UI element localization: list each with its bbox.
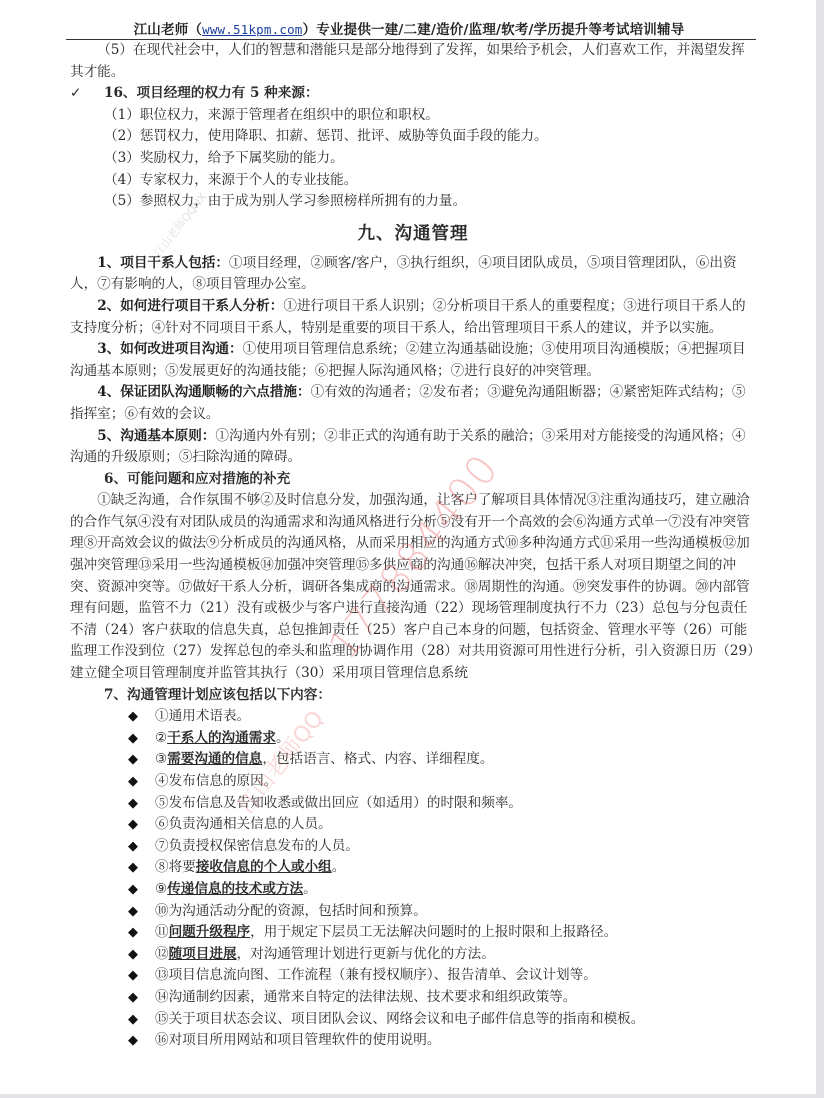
point-label: 4、保证团队沟通顺畅的六点措施： — [97, 384, 310, 400]
list-item: ◆⑨传递信息的技术或方法。 — [128, 879, 756, 901]
section-point-6-title: 6、可能问题和应对措施的补充 — [70, 469, 756, 491]
item-text: 。 — [276, 730, 290, 746]
communication-plan-list: ◆①通用术语表。 ◆②干系人的沟通需求。 ◆③需要沟通的信息，包括语言、格式、内… — [70, 706, 756, 1052]
diamond-bullet-icon: ◆ — [128, 987, 138, 1009]
item-text: ⑨ — [155, 881, 167, 897]
list-item: ◆⑬项目信息流向图、工作流程（兼有授权顺序）、报告清单、会议计划等。 — [128, 965, 756, 987]
diamond-bullet-icon: ◆ — [128, 965, 138, 987]
point-label: 5、沟通基本原则： — [97, 428, 215, 444]
diamond-bullet-icon: ◆ — [128, 706, 138, 728]
diamond-bullet-icon: ◆ — [128, 922, 138, 944]
item-text: ，用于规定下层员工无法解决问题时的上报时限和上报路径。 — [250, 924, 617, 940]
item-emphasis: 干系人的沟通需求 — [167, 730, 276, 746]
diamond-bullet-icon: ◆ — [128, 749, 138, 771]
item-text: ⑮关于项目状态会议、项目团队会议、网络会议和电子邮件信息等的指南和模板。 — [155, 1011, 644, 1027]
power-item: （5）参照权力，由于成为别人学习参照榜样所拥有的力量。 — [70, 191, 756, 213]
diamond-bullet-icon: ◆ — [128, 857, 138, 879]
item-text: 。 — [303, 881, 317, 897]
item-text: ⑥负责沟通相关信息的人员。 — [155, 816, 332, 832]
list-item: ◆⑮关于项目状态会议、项目团队会议、网络会议和电子邮件信息等的指南和模板。 — [128, 1009, 756, 1031]
checkmark-icon: ✓ — [70, 83, 81, 105]
list-item: ◆⑫随项目进展，对沟通管理计划进行更新与优化的方法。 — [128, 944, 756, 966]
document-page: 江山老师（www.51kpm.com）专业提供一建/二建/造价/监理/软考/学历… — [0, 0, 816, 1094]
item-text: ⑭沟通制约因素，通常来自特定的法律法规、技术要求和组织政策等。 — [155, 989, 576, 1005]
diamond-bullet-icon: ◆ — [128, 1009, 138, 1031]
item-text: ⑩为沟通活动分配的资源，包括时间和预算。 — [155, 903, 427, 919]
item-text: ⑯对项目所用网站和项目管理软件的使用说明。 — [155, 1032, 440, 1048]
item-emphasis: 随项目进展 — [169, 946, 237, 962]
page-gap — [0, 1094, 824, 1098]
list-item: ◆⑩为沟通活动分配的资源，包括时间和预算。 — [128, 901, 756, 923]
point-label: 3、如何改进项目沟通： — [97, 341, 242, 357]
diamond-bullet-icon: ◆ — [128, 1030, 138, 1052]
item-text: ⑦负责授权保密信息发布的人员。 — [155, 838, 359, 854]
diamond-bullet-icon: ◆ — [128, 793, 138, 815]
intro-paragraph-5: （5）在现代社会中，人们的智慧和潜能只是部分地得到了发挥，如果给予机会，人们喜欢… — [70, 40, 756, 83]
diamond-bullet-icon: ◆ — [128, 944, 138, 966]
item-emphasis: 问题升级程序 — [169, 924, 251, 940]
section-point-4: 4、保证团队沟通顺畅的六点措施：①有效的沟通者；②发布者；③避免沟通阻断器；④紧… — [70, 382, 756, 425]
header-suffix: ）专业提供一建/二建/造价/监理/软考/学历提升等考试培训辅导 — [303, 22, 685, 38]
list-item: ◆②干系人的沟通需求。 — [128, 728, 756, 750]
section-point-5: 5、沟通基本原则：①沟通内外有别；②非正式的沟通有助于关系的融洽；③采用对方能接… — [70, 426, 756, 469]
item-emphasis: 需要沟通的信息 — [167, 751, 262, 767]
section-point-6-text: ①缺乏沟通，合作氛围不够②及时信息分发，加强沟通，让客户了解项目具体情况③注重沟… — [70, 490, 756, 684]
item-text: ，包括语言、格式、内容、详细程度。 — [262, 751, 493, 767]
section-point-3: 3、如何改进项目沟通：①使用项目管理信息系统；②建立沟通基础设施；③使用项目沟通… — [70, 339, 756, 382]
point-label: 2、如何进行项目干系人分析： — [97, 298, 283, 314]
scrollbar-track[interactable] — [816, 0, 824, 1098]
diamond-bullet-icon: ◆ — [128, 836, 138, 858]
power-item: （4）专家权力，来源于个人的专业技能。 — [70, 170, 756, 192]
list-item: ◆⑤发布信息及告知收悉或做出回应（如适用）的时限和频率。 — [128, 793, 756, 815]
list-item: ◆⑭沟通制约因素，通常来自特定的法律法规、技术要求和组织政策等。 — [128, 987, 756, 1009]
section-point-2: 2、如何进行项目干系人分析：①进行项目干系人识别；②分析项目干系人的重要程度；③… — [70, 296, 756, 339]
item-emphasis: 传递信息的技术或方法 — [167, 881, 303, 897]
diamond-bullet-icon: ◆ — [128, 814, 138, 836]
point-label: 1、项目干系人包括： — [97, 255, 229, 271]
list-item: ◆①通用术语表。 — [128, 706, 756, 728]
diamond-bullet-icon: ◆ — [128, 901, 138, 923]
diamond-bullet-icon: ◆ — [128, 879, 138, 901]
section-title: 九、沟通管理 — [70, 219, 756, 249]
item-text: ⑧将要 — [155, 859, 196, 875]
item-text: ①通用术语表。 — [155, 708, 250, 724]
diamond-bullet-icon: ◆ — [128, 771, 138, 793]
header-link[interactable]: www.51kpm.com — [202, 22, 302, 37]
section-point-1: 1、项目干系人包括：①项目经理，②顾客/客户，③执行组织，④项目团队成员，⑤项目… — [70, 253, 756, 296]
item-emphasis: 接收信息的个人或小组 — [196, 859, 332, 875]
list-item: ◆⑧将要接收信息的个人或小组。 — [128, 857, 756, 879]
item-text: ⑤发布信息及告知收悉或做出回应（如适用）的时限和频率。 — [155, 795, 522, 811]
list-item: ◆⑪问题升级程序，用于规定下层员工无法解决问题时的上报时限和上报路径。 — [128, 922, 756, 944]
item-text: ③ — [155, 751, 167, 767]
item-text: ⑫ — [155, 946, 169, 962]
list-item: ◆⑥负责沟通相关信息的人员。 — [128, 814, 756, 836]
header-prefix: 江山老师（ — [134, 22, 203, 38]
item-text: ⑪ — [155, 924, 169, 940]
document-body: （5）在现代社会中，人们的智慧和潜能只是部分地得到了发挥，如果给予机会，人们喜欢… — [70, 40, 756, 1052]
list-item: ◆③需要沟通的信息，包括语言、格式、内容、详细程度。 — [128, 749, 756, 771]
list-item: ◆⑯对项目所用网站和项目管理软件的使用说明。 — [128, 1030, 756, 1052]
section-point-7-title: 7、沟通管理计划应该包括以下内容： — [70, 685, 756, 707]
power-item: （1）职位权力，来源于管理者在组织中的职位和职权。 — [70, 105, 756, 127]
item-text: ② — [155, 730, 167, 746]
power-item: （2）惩罚权力，使用降职、扣薪、惩罚、批评、威胁等负面手段的能力。 — [70, 126, 756, 148]
power-item: （3）奖励权力，给予下属奖励的能力。 — [70, 148, 756, 170]
item-text: 。 — [332, 859, 346, 875]
list-item: ◆⑦负责授权保密信息发布的人员。 — [128, 836, 756, 858]
diamond-bullet-icon: ◆ — [128, 728, 138, 750]
item-text: ④发布信息的原因。 — [155, 773, 277, 789]
list-item: ◆④发布信息的原因。 — [128, 771, 756, 793]
item-text: ⑬项目信息流向图、工作流程（兼有授权顺序）、报告清单、会议计划等。 — [155, 967, 597, 983]
power-sources-heading: ✓ 16、项目经理的权力有 5 种来源： — [70, 83, 756, 105]
page-header: 江山老师（www.51kpm.com）专业提供一建/二建/造价/监理/软考/学历… — [66, 18, 752, 38]
item-text: ，对沟通管理计划进行更新与优化的方法。 — [237, 946, 495, 962]
power-sources-title: 16、项目经理的权力有 5 种来源： — [104, 85, 319, 101]
